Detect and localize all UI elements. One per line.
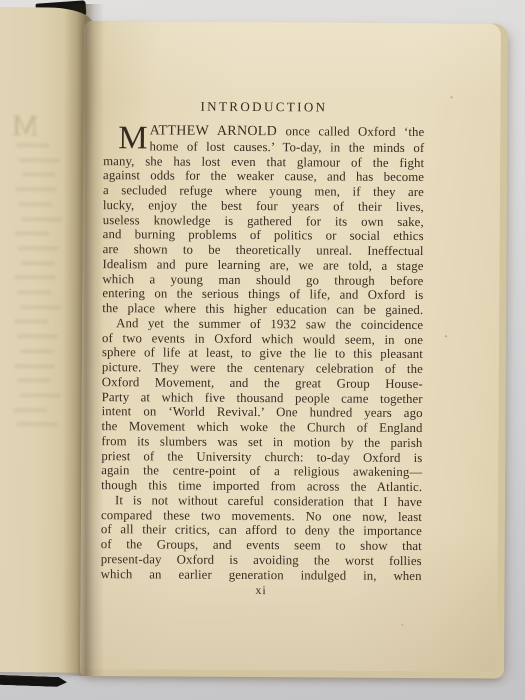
showthrough-line (16, 422, 57, 426)
text-line: which an earlier generation indulged in,… (101, 567, 422, 584)
showthrough-line (19, 393, 60, 397)
page-number: xi (100, 582, 421, 599)
showthrough-line (20, 349, 54, 353)
showthrough-line (15, 275, 56, 279)
showthrough-line (18, 246, 59, 250)
text-line: though this time imported from across th… (101, 478, 422, 495)
showthrough-dropcap: M (12, 111, 39, 141)
showthrough-line (18, 202, 52, 206)
book-cover-edge-bottom (0, 675, 67, 688)
showthrough-line (16, 143, 50, 147)
text-line: are shown to be theoretically unreal. In… (103, 242, 424, 259)
text-line: the Movement which woke the Church of En… (101, 419, 422, 436)
showthrough-line (14, 320, 48, 324)
showthrough-line (13, 408, 47, 412)
text-line: the place where this higher education ca… (102, 301, 423, 318)
showthrough-line (21, 173, 55, 177)
book-photo-scene: M INTRODUCTION MATTHEW ARNOLD once calle… (0, 0, 525, 700)
showthrough-line (20, 305, 61, 309)
page-body: INTRODUCTION MATTHEW ARNOLD once called … (100, 98, 424, 599)
lead-caps: ATTHEW ARNOLD (150, 123, 277, 139)
showthrough-line (17, 334, 58, 338)
text-line: It is not without careful consideration … (101, 493, 422, 510)
paper-speck (401, 624, 403, 626)
showthrough-line (21, 217, 62, 221)
showthrough-line (19, 158, 60, 162)
paragraph: MATTHEW ARNOLD once called Oxford ‘theho… (102, 123, 424, 318)
text-block: MATTHEW ARNOLD once called Oxford ‘theho… (101, 123, 425, 583)
showthrough-line (15, 231, 49, 235)
text-line: of the Groups, and events seem to show t… (101, 537, 422, 554)
showthrough-line (15, 187, 56, 191)
text-line: present-day Oxford is avoiding the worst… (101, 552, 422, 569)
text-line: picture. They were the centenary celebra… (102, 360, 423, 377)
showthrough-line (17, 290, 51, 294)
text-line: a secluded refuge where young men, if th… (103, 183, 424, 200)
showthrough-line (14, 364, 55, 368)
paragraph: It is not without careful consideration … (101, 493, 423, 583)
paragraph: And yet the summer of 1932 saw the coinc… (101, 316, 423, 495)
text-line: ATTHEW ARNOLD once called Oxford ‘the (103, 123, 424, 141)
paper-speck (445, 335, 447, 337)
text-line: And yet the summer of 1932 saw the coinc… (102, 316, 423, 333)
showthrough-line (17, 378, 51, 382)
left-page: M (0, 7, 93, 673)
paper-speck (451, 96, 453, 98)
drop-cap-letter: M (118, 122, 148, 150)
text-line: Idealism and pure learning are, we are t… (102, 257, 423, 274)
text-line: home of lost causes.’ To-day, in the min… (103, 139, 424, 156)
text-line: lucky, enjoy the best four years of thei… (103, 198, 424, 215)
text-line: from its slumbers was set in motion by t… (101, 434, 422, 451)
chapter-title: INTRODUCTION (103, 98, 424, 115)
text-line: Oxford Movement, and the great Group Hou… (102, 375, 423, 392)
right-page: INTRODUCTION MATTHEW ARNOLD once called … (80, 21, 508, 679)
showthrough-line (21, 261, 55, 265)
page-sheet: INTRODUCTION MATTHEW ARNOLD once called … (80, 21, 501, 672)
